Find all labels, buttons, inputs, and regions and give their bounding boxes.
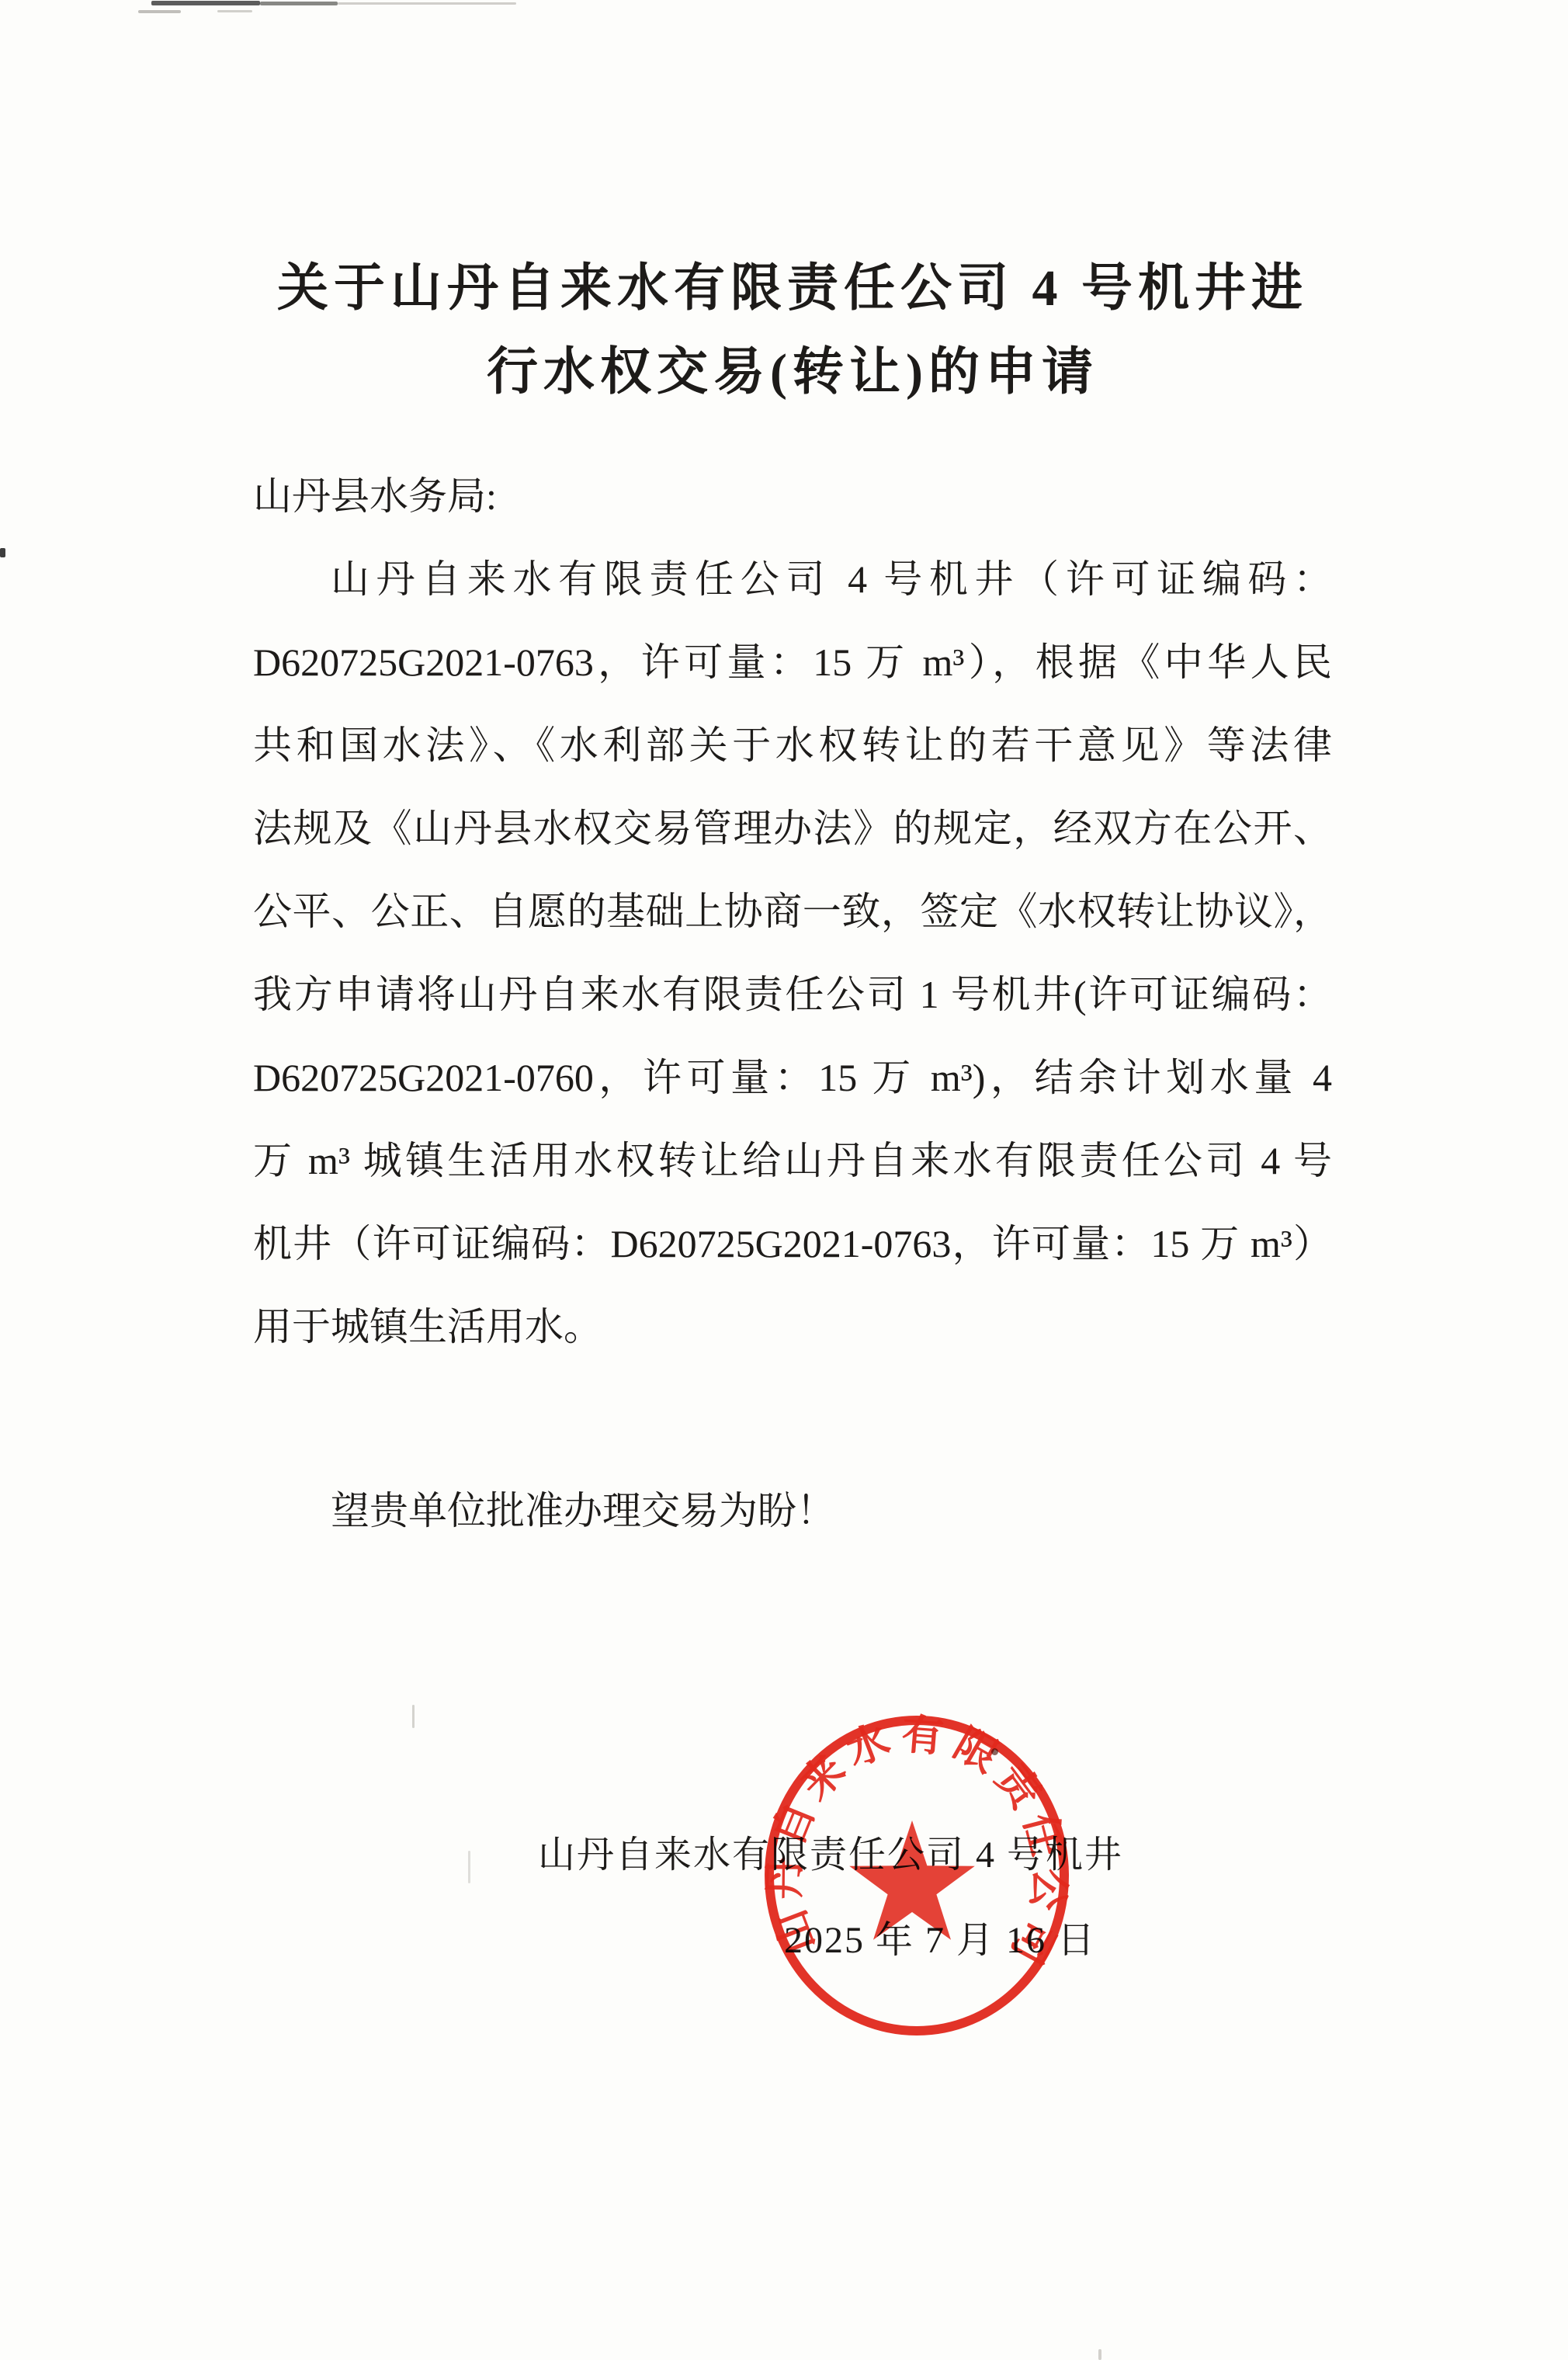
scan-artifact [260, 2, 338, 5]
title-line-1: 关于山丹自来水有限责任公司 4 号机井进 [253, 247, 1332, 331]
scan-artifact [0, 548, 5, 557]
body-line: 万 m³ 城镇生活用水权转让给山丹自来水有限责任公司 4 号 [253, 1119, 1332, 1203]
body-line: 我方申请将山丹自来水有限责任公司 1 号机井(许可证编码： [253, 953, 1332, 1036]
scan-artifact [151, 1, 260, 5]
closing-paragraph: 望贵单位批准办理交易为盼！ [253, 1470, 1332, 1553]
company-seal-stamp: 山丹自来水有限责任公司 [730, 1674, 1103, 2077]
body-line: D620725G2021-0760，许可量：15 万 m³)，结余计划水量 4 [253, 1036, 1332, 1119]
greeting-line: 山丹县水务局: [253, 455, 1332, 538]
body-line: 公平、公正、自愿的基础上协商一致，签定《水权转让协议》， [253, 870, 1332, 953]
title-line-2: 行水权交易(转让)的申请 [253, 331, 1332, 415]
body-line: D620725G2021-0763，许可量：15 万 m³），根据《中华人民 [253, 621, 1332, 704]
body-line: 法规及《山丹县水权交易管理办法》的规定，经双方在公开、 [253, 787, 1332, 870]
body-line: 机井（许可证编码：D620725G2021-0763，许可量：15 万 m³） [253, 1203, 1332, 1286]
body-line: 山丹自来水有限责任公司 4 号机井（许可证编码： [253, 538, 1332, 621]
scan-artifact [338, 2, 516, 5]
scan-artifact [138, 10, 181, 13]
document-title: 关于山丹自来水有限责任公司 4 号机井进 行水权交易(转让)的申请 [253, 247, 1332, 415]
scan-artifact [217, 10, 252, 12]
body-line: 共和国水法》、《水利部关于水权转让的若干意见》等法律 [253, 704, 1332, 787]
body-paragraph: 山丹县水务局: 山丹自来水有限责任公司 4 号机井（许可证编码： D620725… [253, 455, 1332, 1369]
star-icon [849, 1820, 975, 1940]
scan-artifact [1098, 2349, 1101, 2360]
closing-line: 望贵单位批准办理交易为盼！ [253, 1470, 1332, 1553]
body-line: 用于城镇生活用水。 [253, 1286, 1332, 1369]
scan-artifact [412, 1705, 415, 1728]
scan-artifact [468, 1851, 470, 1883]
document-page: 关于山丹自来水有限责任公司 4 号机井进 行水权交易(转让)的申请 山丹县水务局… [0, 0, 1568, 2360]
